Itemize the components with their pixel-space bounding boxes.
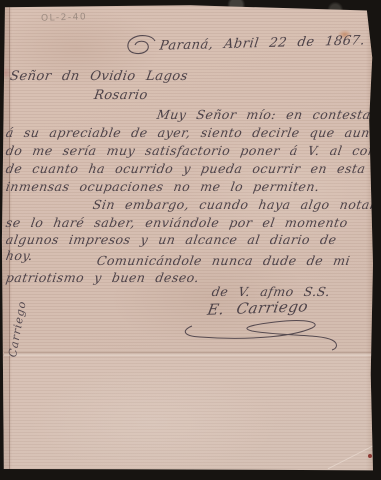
body-line: patriotismo y buen deseo. (5, 270, 201, 285)
letter-page: OL-2-40 Paraná, Abril 22 de 1867. Señor … (0, 0, 381, 480)
body-line: inmensas ocupaciones no me lo permiten. (5, 179, 321, 194)
body-line: se lo haré saber, enviándole por el mome… (5, 215, 349, 230)
recipient-name-line: Señor dn Ovidio Lagos (9, 69, 189, 84)
body-line: Sin embargo, cuando haya algo notable (92, 197, 381, 212)
body-line: algunos impresos y un alcance al diario … (5, 232, 338, 247)
closing-line: de V. afmo S.S. (211, 284, 332, 299)
dateline-flourish-icon (122, 33, 160, 57)
fold-crease (4, 352, 376, 356)
archive-code-pencil-note: OL-2-40 (41, 12, 87, 24)
body-line: á su apreciable de ayer, siento decirle … (5, 125, 381, 140)
signature-flourish-icon (180, 312, 345, 352)
body-line: Comunicándole nunca dude de mi (96, 253, 352, 268)
recipient-city-line: Rosario (93, 88, 149, 103)
scan-background: OL-2-40 Paraná, Abril 22 de 1867. Señor … (0, 0, 381, 480)
body-line: hoy. (5, 248, 34, 263)
ink-speck (368, 454, 372, 458)
body-line: de cuanto ha ocurrido y pueda ocurrir en… (5, 161, 381, 176)
dateline: Paraná, Abril 22 de 1867. (159, 33, 366, 53)
body-line: Muy Señor mío: en contestación (156, 107, 381, 122)
body-line: do me sería muy satisfactorio poner á V.… (5, 143, 381, 158)
corner-crease (328, 436, 381, 470)
